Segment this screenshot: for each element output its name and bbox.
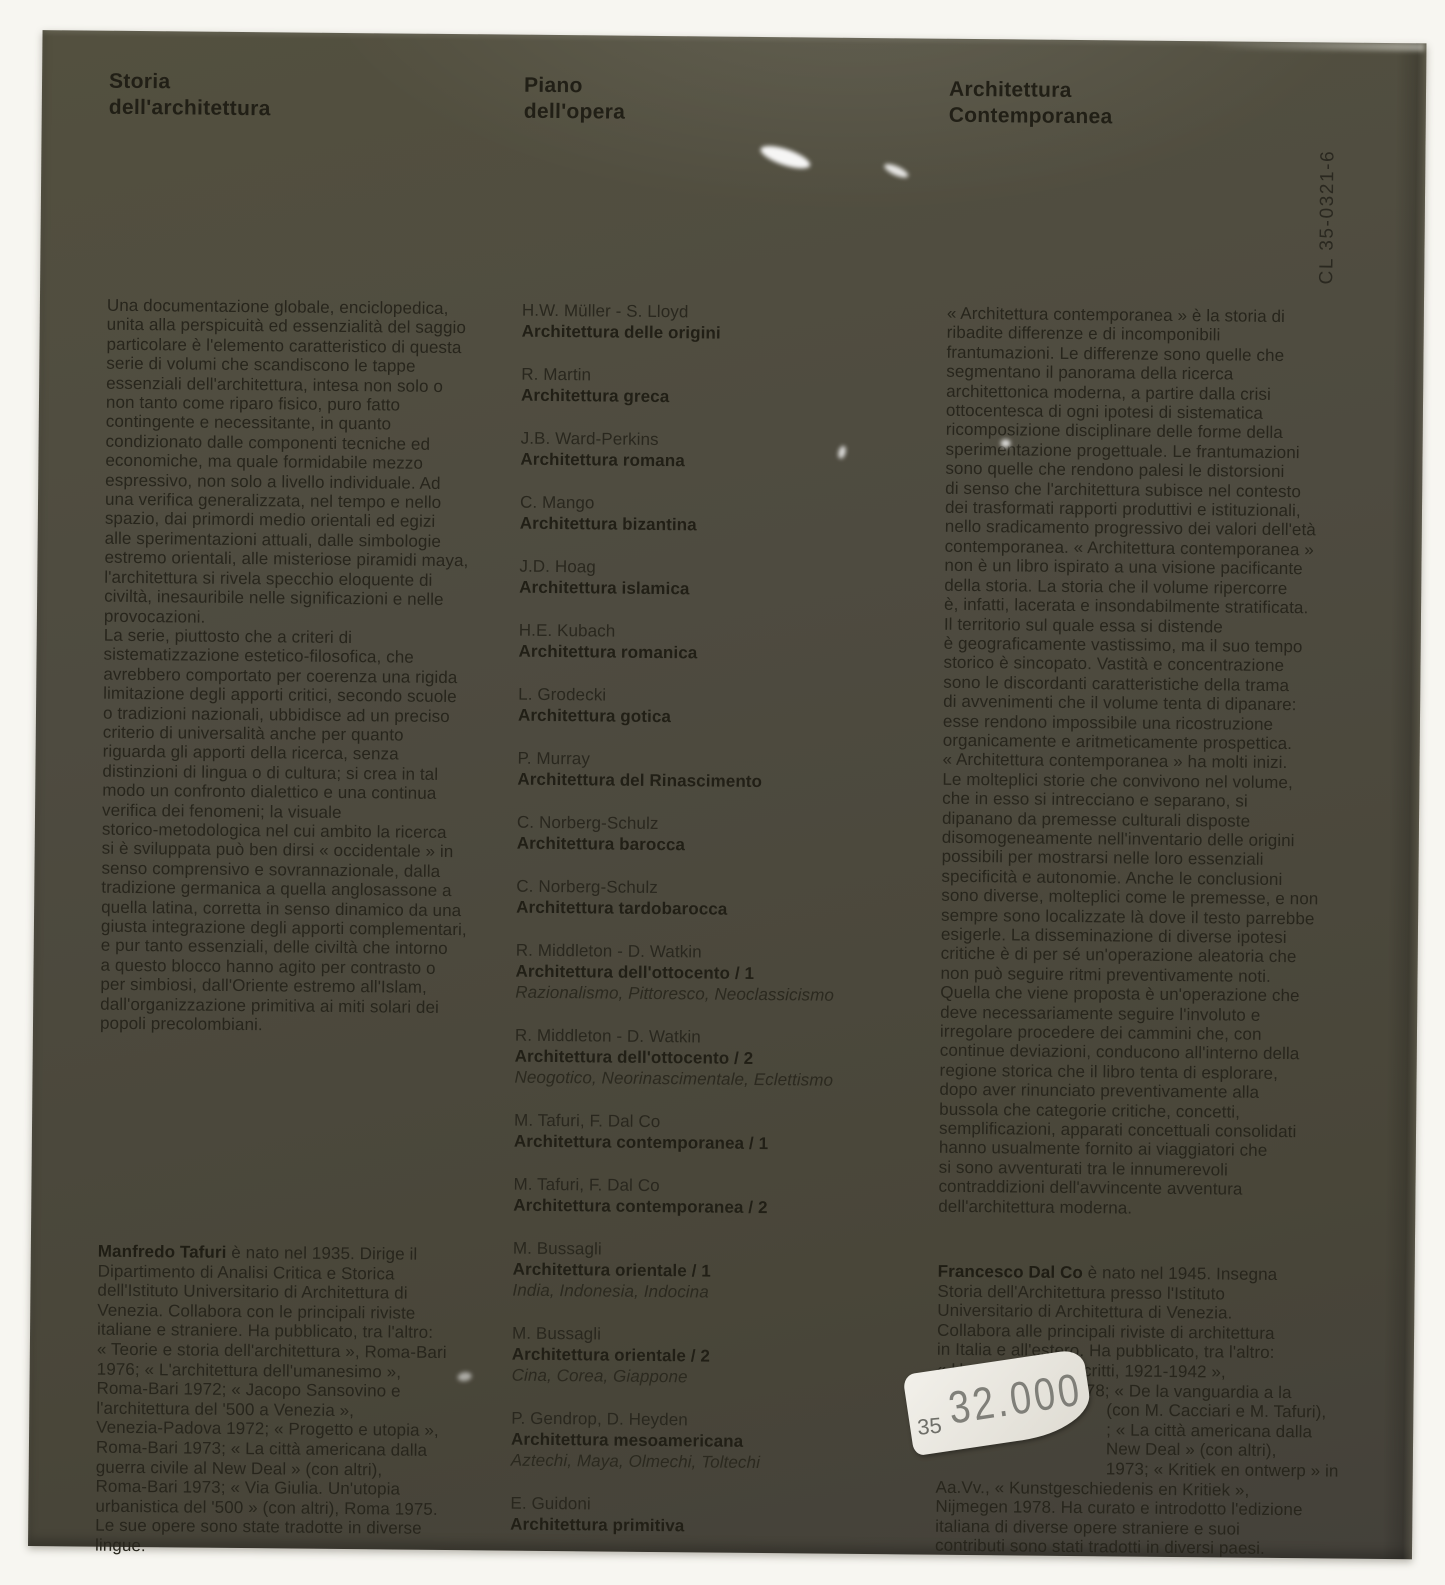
series-title: Architettura tardobarocca bbox=[516, 897, 926, 922]
bio-tafuri-text: è nato nel 1935. Dirige il Dipartimento … bbox=[95, 1243, 447, 1555]
series-list: H.W. Müller - S. Lloyd Architettura dell… bbox=[510, 300, 932, 1561]
series-subtitle: Neogotico, Neorinascimentale, Eclettismo bbox=[514, 1067, 924, 1092]
book-back-cover: Storia dell'architettura Piano dell'oper… bbox=[28, 30, 1426, 1559]
series-entry: P. Murray Architettura del Rinascimento bbox=[517, 748, 927, 794]
series-title: Architettura contemporanea / 1 bbox=[514, 1131, 924, 1156]
bio-tafuri-name: Manfredo Tafuri bbox=[98, 1242, 227, 1262]
series-title: Architettura bizantina bbox=[520, 513, 930, 538]
series-entry: J.B. Ward-Perkins Architettura romana bbox=[520, 428, 930, 474]
catalog-code: CL 35-0321-6 bbox=[1316, 84, 1340, 284]
series-entry: R. Martin Architettura greca bbox=[521, 364, 931, 410]
series-entry: P. Gendrop, D. Heyden Architettura mesoa… bbox=[511, 1408, 922, 1475]
series-entry: L. Grodecki Architettura gotica bbox=[518, 684, 928, 730]
series-title: Architettura barocca bbox=[517, 833, 927, 858]
series-entry: C. Norberg-Schulz Architettura barocca bbox=[517, 812, 927, 858]
bio-dalco-text-bottom: Aa.Vv., « Kunstgeschiedenis en Kritiek »… bbox=[935, 1477, 1303, 1558]
series-entry: R. Middleton - D. Watkin Architettura de… bbox=[515, 940, 926, 1007]
series-entry: M. Tafuri, F. Dal Co Architettura contem… bbox=[514, 1110, 924, 1156]
volume-description-text: « Architettura contemporanea » è la stor… bbox=[938, 304, 1389, 1220]
series-subtitle: Aztechi, Maya, Olmechi, Toltechi bbox=[511, 1450, 921, 1475]
series-entry: M. Bussagli Architettura orientale / 2 C… bbox=[512, 1323, 923, 1390]
photo-background: { "page": { "background_color": "#f7f6f1… bbox=[0, 0, 1445, 1585]
series-entry: J.D. Hoag Architettura islamica bbox=[519, 556, 929, 602]
series-title: Architettura islamica bbox=[519, 577, 929, 602]
series-entry: C. Norberg-Schulz Architettura tardobaro… bbox=[516, 876, 926, 922]
series-subtitle: India, Indonesia, Indocina bbox=[512, 1280, 922, 1305]
price-sticker-price: 32.000 bbox=[945, 1364, 1085, 1435]
series-subtitle: Cina, Corea, Giappone bbox=[512, 1365, 922, 1390]
series-subtitle: Razionalismo, Pittoresco, Neoclassicismo bbox=[515, 982, 925, 1007]
series-title: Architettura del Rinascimento bbox=[517, 769, 927, 794]
bio-tafuri: Manfredo Tafuri è nato nel 1935. Dirige … bbox=[95, 1242, 534, 1560]
series-title: Architettura greca bbox=[521, 385, 931, 410]
price-sticker-code: 35 bbox=[916, 1413, 943, 1441]
series-title: Architettura contemporanea / 2 bbox=[513, 1195, 923, 1220]
bio-dalco-text-mid: (con M. Cacciari e M. Tafuri), ; « La ci… bbox=[1106, 1401, 1383, 1482]
glare-spot bbox=[883, 161, 910, 180]
series-entry: C. Mango Architettura bizantina bbox=[520, 492, 930, 538]
series-entry: H.W. Müller - S. Lloyd Architettura dell… bbox=[522, 300, 932, 346]
bio-dalco-name: Francesco Dal Co bbox=[938, 1262, 1083, 1282]
series-title: Architettura delle origini bbox=[522, 321, 932, 346]
series-title: Architettura romanica bbox=[519, 641, 929, 666]
series-entry: E. Guidoni Architettura primitiva bbox=[510, 1493, 920, 1539]
series-intro-text: Una documentazione globale, enciclopedic… bbox=[100, 296, 531, 1037]
series-entry: R. Middleton - D. Watkin Architettura de… bbox=[514, 1025, 925, 1092]
series-title: Architettura primitiva bbox=[510, 1514, 920, 1539]
column-header-piano: Piano dell'opera bbox=[524, 73, 934, 129]
column-header-storia: Storia dell'architettura bbox=[109, 69, 533, 125]
series-entry: M. Tafuri, F. Dal Co Architettura contem… bbox=[513, 1174, 923, 1220]
glare-spot bbox=[758, 141, 812, 173]
series-title: Architettura gotica bbox=[518, 705, 928, 730]
series-entry: H.E. Kubach Architettura romanica bbox=[519, 620, 929, 666]
series-entry: M. Bussagli Architettura orientale / 1 I… bbox=[512, 1238, 923, 1305]
series-title: Architettura romana bbox=[520, 449, 930, 474]
